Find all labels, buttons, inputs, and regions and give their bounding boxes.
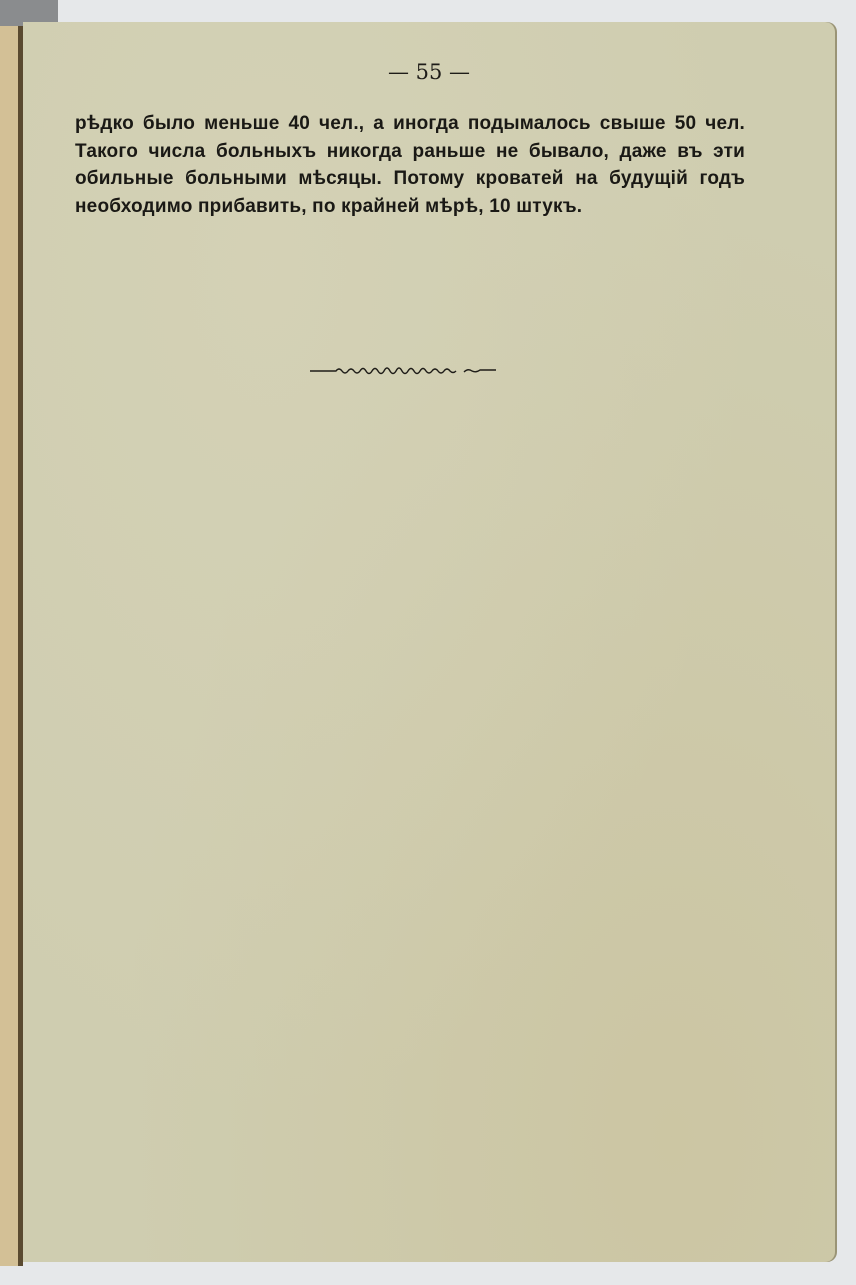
text-line: обильные больными мѣсяцы. Потому кровате…	[75, 165, 745, 193]
text-line: необходимо прибавить, по крайней мѣрѣ, 1…	[75, 193, 745, 221]
page-number: — 55 —	[23, 60, 835, 84]
book-page: — 55 — рѣдко было меньше 40 чел., а иног…	[23, 22, 835, 1262]
wavy-divider-icon	[308, 362, 498, 378]
paragraph: рѣдко было меньше 40 чел., а иногда поды…	[75, 110, 745, 220]
text-line: рѣдко было меньше 40 чел., а иногда поды…	[75, 110, 745, 138]
text-line: Такого числа больныхъ никогда раньше не …	[75, 138, 745, 166]
previous-page-edge	[0, 26, 18, 1266]
